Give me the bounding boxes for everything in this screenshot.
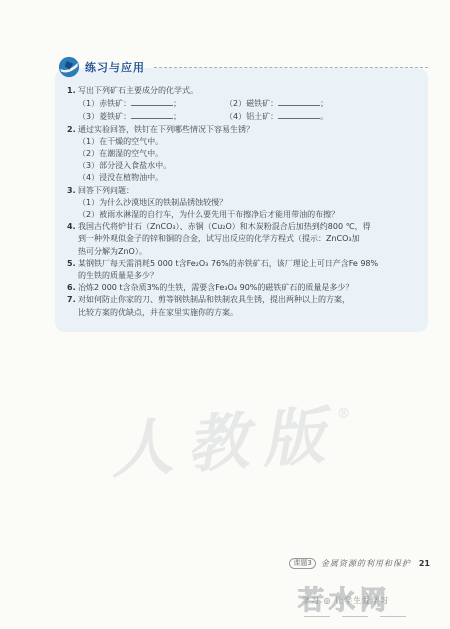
question-text: 比较方案的优缺点，并在家里实施你的方案。 xyxy=(78,307,421,319)
question-row: 6.冶炼2 000 t含杂质3%的生铁，需要含Fe₃O₄ 90%的磁铁矿石的质量… xyxy=(67,282,421,294)
question-text: （4）浸没在植物油中。 xyxy=(78,172,421,184)
question-text: 某钢铁厂每天需消耗5 000 t含Fe₂O₃ 76%的赤铁矿石，该厂理论上可日产… xyxy=(78,258,421,270)
question-text: （1）在干燥的空气中。 xyxy=(78,136,421,148)
question-subitem: （4）浸没在植物油中。 xyxy=(67,172,421,184)
blank-row: （1）赤铁矿：；（2）磁铁矿：； xyxy=(67,97,421,110)
site-watermark-small-text: 学习 ◎ 让学生爱学习 xyxy=(302,595,389,606)
question-list: 1.写出下列矿石主要成分的化学式。（1）赤铁矿：；（2）磁铁矿：；（3）菱铁矿：… xyxy=(67,85,421,319)
exercise-header: 练习与应用 xyxy=(58,55,428,79)
question-row: 4.我国古代将炉甘石（ZnCO₃）、赤铜（Cu₂O）和木炭粉混合后加热到约800… xyxy=(67,221,421,233)
question-continuation: 的生铁的质量是多少？ xyxy=(67,270,421,282)
question-number: 2. xyxy=(67,124,78,136)
page-footer: 课题3 金属资源的利用和保护 21 xyxy=(289,558,430,569)
question-text: （1）为什么沙漠地区的铁制品锈蚀较慢？ xyxy=(78,197,421,209)
chapter-title: 金属资源的利用和保护 xyxy=(321,558,411,569)
question-row: 7.对如何防止你家的刀、剪等钢铁制品和铁制农具生锈，提出两种以上的方案， xyxy=(67,294,421,306)
chapter-badge: 课题3 xyxy=(289,558,315,569)
question-number: 5. xyxy=(67,258,78,270)
question-continuation: 到一种外观似金子的锌和铜的合金，试写出反应的化学方程式（提示：ZnCO₃加 xyxy=(67,233,421,245)
question-number: 4. xyxy=(67,221,78,233)
question-subitem: （2）在潮湿的空气中。 xyxy=(67,148,421,160)
answer-blank xyxy=(278,110,320,119)
blank-item-punct: ； xyxy=(173,99,181,108)
site-watermark-big-text: 若水网 xyxy=(298,580,448,617)
blank-item-label: （4）铝土矿： xyxy=(225,112,278,121)
question-text: 冶炼2 000 t含杂质3%的生铁，需要含Fe₃O₄ 90%的磁铁矿石的质量是多… xyxy=(78,282,421,294)
blank-item: （3）菱铁矿：； xyxy=(78,110,225,123)
question-number: 7. xyxy=(67,294,78,306)
question-continuation: 热可分解为ZnO）。 xyxy=(67,246,421,258)
site-watermark-underlines xyxy=(304,616,406,617)
answer-blank xyxy=(131,97,173,106)
question-row: 1.写出下列矿石主要成分的化学式。 xyxy=(67,85,421,97)
question-number: 6. xyxy=(67,282,78,294)
publisher-watermark: 人教版® xyxy=(107,383,373,490)
question-subitem: （2）被雨水淋湿的自行车，为什么要先用干布擦净后才能用带油的布擦？ xyxy=(67,209,421,221)
textbook-page: 练习与应用 1.写出下列矿石主要成分的化学式。（1）赤铁矿：；（2）磁铁矿：；（… xyxy=(0,0,450,629)
question-subitem: （3）部分浸入食盐水中。 xyxy=(67,160,421,172)
blank-item: （4）铝土矿：。 xyxy=(225,110,328,123)
blank-item-punct: ； xyxy=(320,99,328,108)
question-text: 写出下列矿石主要成分的化学式。 xyxy=(78,85,421,97)
blank-row: （3）菱铁矿：；（4）铝土矿：。 xyxy=(67,110,421,123)
question-text: 到一种外观似金子的锌和铜的合金，试写出反应的化学方程式（提示：ZnCO₃加 xyxy=(78,233,421,245)
blank-item-label: （1）赤铁矿： xyxy=(78,99,131,108)
section-title: 练习与应用 xyxy=(85,59,145,75)
question-text: 我国古代将炉甘石（ZnCO₃）、赤铜（Cu₂O）和木炭粉混合后加热到约800 ℃… xyxy=(78,221,421,233)
blank-item-punct: 。 xyxy=(320,112,328,121)
registered-mark: ® xyxy=(336,405,351,422)
question-text: 的生铁的质量是多少？ xyxy=(78,270,421,282)
question-text: 回答下列问题： xyxy=(78,185,421,197)
question-continuation: 比较方案的优缺点，并在家里实施你的方案。 xyxy=(67,307,421,319)
question-number: 1. xyxy=(67,85,78,97)
question-text: 通过实验回答，铁钉在下列哪些情况下容易生锈？ xyxy=(78,124,421,136)
answer-blank xyxy=(278,97,320,106)
blank-item-label: （2）磁铁矿： xyxy=(225,99,278,108)
page-number: 21 xyxy=(419,559,430,568)
site-watermark: 若水网 学习 ◎ 让学生爱学习 xyxy=(298,580,448,625)
exercise-badge-icon xyxy=(58,56,80,78)
question-subitem: （1）为什么沙漠地区的铁制品锈蚀较慢？ xyxy=(67,197,421,209)
question-row: 5.某钢铁厂每天需消耗5 000 t含Fe₂O₃ 76%的赤铁矿石，该厂理论上可… xyxy=(67,258,421,270)
blank-item: （2）磁铁矿：； xyxy=(225,97,328,110)
question-text: 热可分解为ZnO）。 xyxy=(78,246,421,258)
publisher-watermark-text: 人教版 xyxy=(108,398,341,487)
question-text: （2）在潮湿的空气中。 xyxy=(78,148,421,160)
question-number: 3. xyxy=(67,185,78,197)
question-row: 2.通过实验回答，铁钉在下列哪些情况下容易生锈？ xyxy=(67,124,421,136)
header-dashed-line xyxy=(154,67,428,68)
question-subitem: （1）在干燥的空气中。 xyxy=(67,136,421,148)
blank-item-label: （3）菱铁矿： xyxy=(78,112,131,121)
question-row: 3.回答下列问题： xyxy=(67,185,421,197)
question-text: （2）被雨水淋湿的自行车，为什么要先用干布擦净后才能用带油的布擦？ xyxy=(78,209,421,221)
question-text: （3）部分浸入食盐水中。 xyxy=(78,160,421,172)
blank-item: （1）赤铁矿：； xyxy=(78,97,225,110)
answer-blank xyxy=(131,110,173,119)
question-text: 对如何防止你家的刀、剪等钢铁制品和铁制农具生锈，提出两种以上的方案， xyxy=(78,294,421,306)
blank-item-punct: ； xyxy=(173,112,181,121)
